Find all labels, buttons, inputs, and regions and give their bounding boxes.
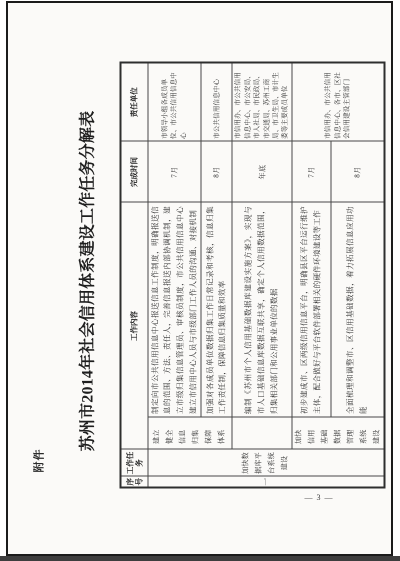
- subtask-b: 加快信用基础数据管理系统建设: [291, 417, 384, 449]
- subtask-empty: [232, 417, 291, 449]
- row3-unit: 市信用办、市公共信用信息中心、市公安局、市人社局、市民政局、市交通局、苏州工商局…: [232, 62, 291, 141]
- group-task: 加快数据库平台系统建设: [147, 449, 384, 476]
- header-deadline: 完成时间: [120, 141, 147, 202]
- table-row: 编制《苏州市个人信用基础数据库建设实施方案》，实现与市人口基础信息库数据互联共享…: [232, 62, 291, 487]
- row2-deadline: 8月: [201, 141, 232, 202]
- row1-content: 制定向市公共信用信息中心报送信息工作制度，明确报送信息的范围、方法、责任人，完善…: [147, 202, 201, 417]
- header-content: 工作内容: [120, 202, 147, 449]
- page-number: — 3 —: [297, 493, 341, 502]
- row4-content: 初步建成市、区两级信用信息平台，明确县区平台运行维护主体，配合做好与平台软件部署…: [291, 202, 330, 417]
- row4-unit: 市信用办、市公共信用信息中心、各市、区社会信用建设主管部门: [291, 62, 384, 141]
- rotated-content-layer: 附件 苏州市2014年社会信用体系建设工作任务分解表 序号 工作任务 工作内容 …: [0, 0, 400, 561]
- attachment-label: 附件: [30, 448, 46, 472]
- row4-deadline: 7月: [291, 141, 330, 202]
- row3-deadline: 年底: [232, 141, 291, 202]
- table-row: 一 加快数据库平台系统建设 建立健全信息归集保障体系 制定向市公共信用信息中心报…: [147, 62, 201, 487]
- row3-content: 编制《苏州市个人信用基础数据库建设实施方案》，实现与市人口基础信息库数据互联共享…: [232, 202, 291, 417]
- header-seq: 序号: [120, 476, 147, 487]
- row5-content: 全面梳理和调整市、区信用基础数据，着力拓展信息应用功能: [330, 202, 383, 417]
- table-header-row: 序号 工作任务 工作内容 完成时间 责任单位: [120, 62, 147, 487]
- subtask-a: 建立健全信息归集保障体系: [147, 417, 232, 449]
- group-seq: 一: [147, 476, 384, 487]
- row1-deadline: 7月: [147, 141, 201, 202]
- task-table: 序号 工作任务 工作内容 完成时间 责任单位 一 加快数据库平台系统建设 建立健…: [119, 61, 385, 488]
- row2-content: 加强对各成员单位数据归集工作日常记录和考核，信息归集工作责任制，保障信息归集质量…: [201, 202, 232, 417]
- bottom-scan-band: [0, 556, 400, 561]
- header-task: 工作任务: [120, 449, 147, 476]
- table-row: 加快信用基础数据管理系统建设 初步建成市、区两级信用信息平台，明确县区平台运行维…: [291, 62, 330, 487]
- row2-unit: 市公共信用信息中心: [201, 62, 232, 141]
- header-unit: 责任单位: [120, 62, 147, 141]
- document-title: 苏州市2014年社会信用体系建设工作任务分解表: [74, 0, 97, 561]
- row1-unit: 市领导小组各成员单位、市公共信用信息中心: [147, 62, 201, 141]
- row5-deadline: 8月: [330, 141, 383, 202]
- scanned-document-page: 附件 苏州市2014年社会信用体系建设工作任务分解表 序号 工作任务 工作内容 …: [0, 0, 400, 561]
